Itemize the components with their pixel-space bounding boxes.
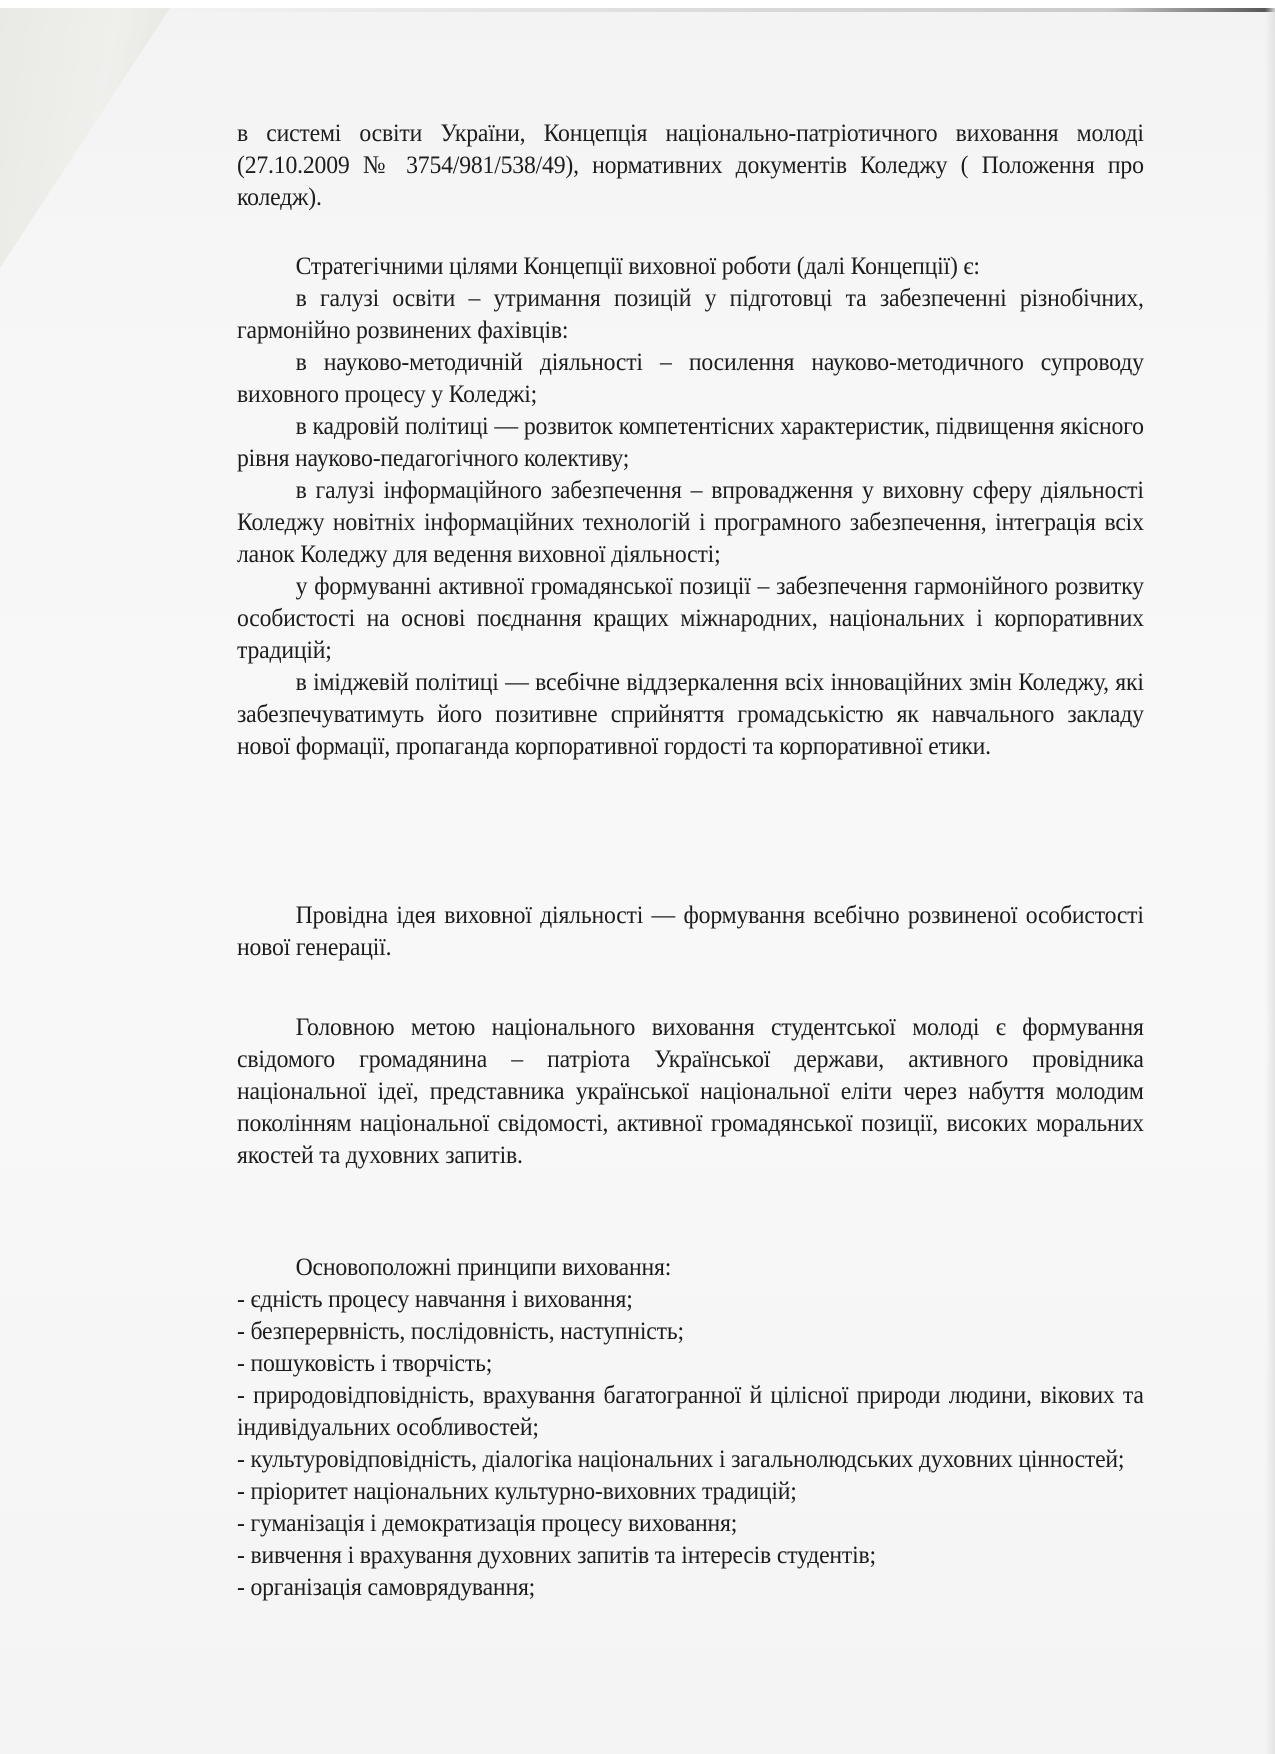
principle-item: - пріоритет національних культурно-вихов… (237, 1475, 1144, 1507)
principle-item: - природовідповідність, врахування багат… (237, 1379, 1144, 1443)
strategic-goal-methodology: в науково-методичній діяльності – посиле… (237, 346, 1144, 410)
page-right-edge (1265, 8, 1275, 1754)
opening-paragraph: в системі освіти України, Концепція наці… (237, 117, 1144, 213)
strategic-goals-intro: Стратегічними цілями Концепції виховної … (237, 250, 1144, 282)
strategic-goal-image-policy: в іміджевій політиці — всебічне віддзерк… (237, 666, 1144, 762)
strategic-goal-education: в галузі освіти – утримання позицій у пі… (237, 282, 1144, 346)
page-top-shadow (160, 8, 1275, 12)
strategic-goals-section: Стратегічними цілями Концепції виховної … (237, 250, 1144, 762)
main-goal-section: Головною метою національного виховання с… (237, 1011, 1144, 1171)
leading-idea-paragraph: Провідна ідея виховної діяльності — форм… (237, 899, 1144, 963)
principle-item: - пошуковість і творчість; (237, 1347, 1144, 1379)
principle-item: - культуровідповідність, діалогіка націо… (237, 1443, 1144, 1475)
leading-idea-section: Провідна ідея виховної діяльності — форм… (237, 899, 1144, 963)
principle-item: - безперервність, послідовність, наступн… (237, 1315, 1144, 1347)
principles-intro: Основоположні принципи виховання: (237, 1251, 1144, 1283)
main-goal-paragraph: Головною метою національного виховання с… (237, 1011, 1144, 1171)
strategic-goal-civic-position: у формуванні активної громадянської пози… (237, 570, 1144, 666)
principle-item: - вивчення і врахування духовних запитів… (237, 1539, 1144, 1571)
opening-section: в системі освіти України, Концепція наці… (237, 117, 1144, 213)
strategic-goal-information: в галузі інформаційного забезпечення – в… (237, 474, 1144, 570)
principle-item: - гуманізація і демократизація процесу в… (237, 1507, 1144, 1539)
strategic-goal-personnel: в кадровій політиці — розвиток компетент… (237, 410, 1144, 474)
principle-item: - єдність процесу навчання і виховання; (237, 1283, 1144, 1315)
principles-section: Основоположні принципи виховання: - єдні… (237, 1251, 1144, 1603)
principle-item: - організація самоврядування; (237, 1571, 1144, 1603)
